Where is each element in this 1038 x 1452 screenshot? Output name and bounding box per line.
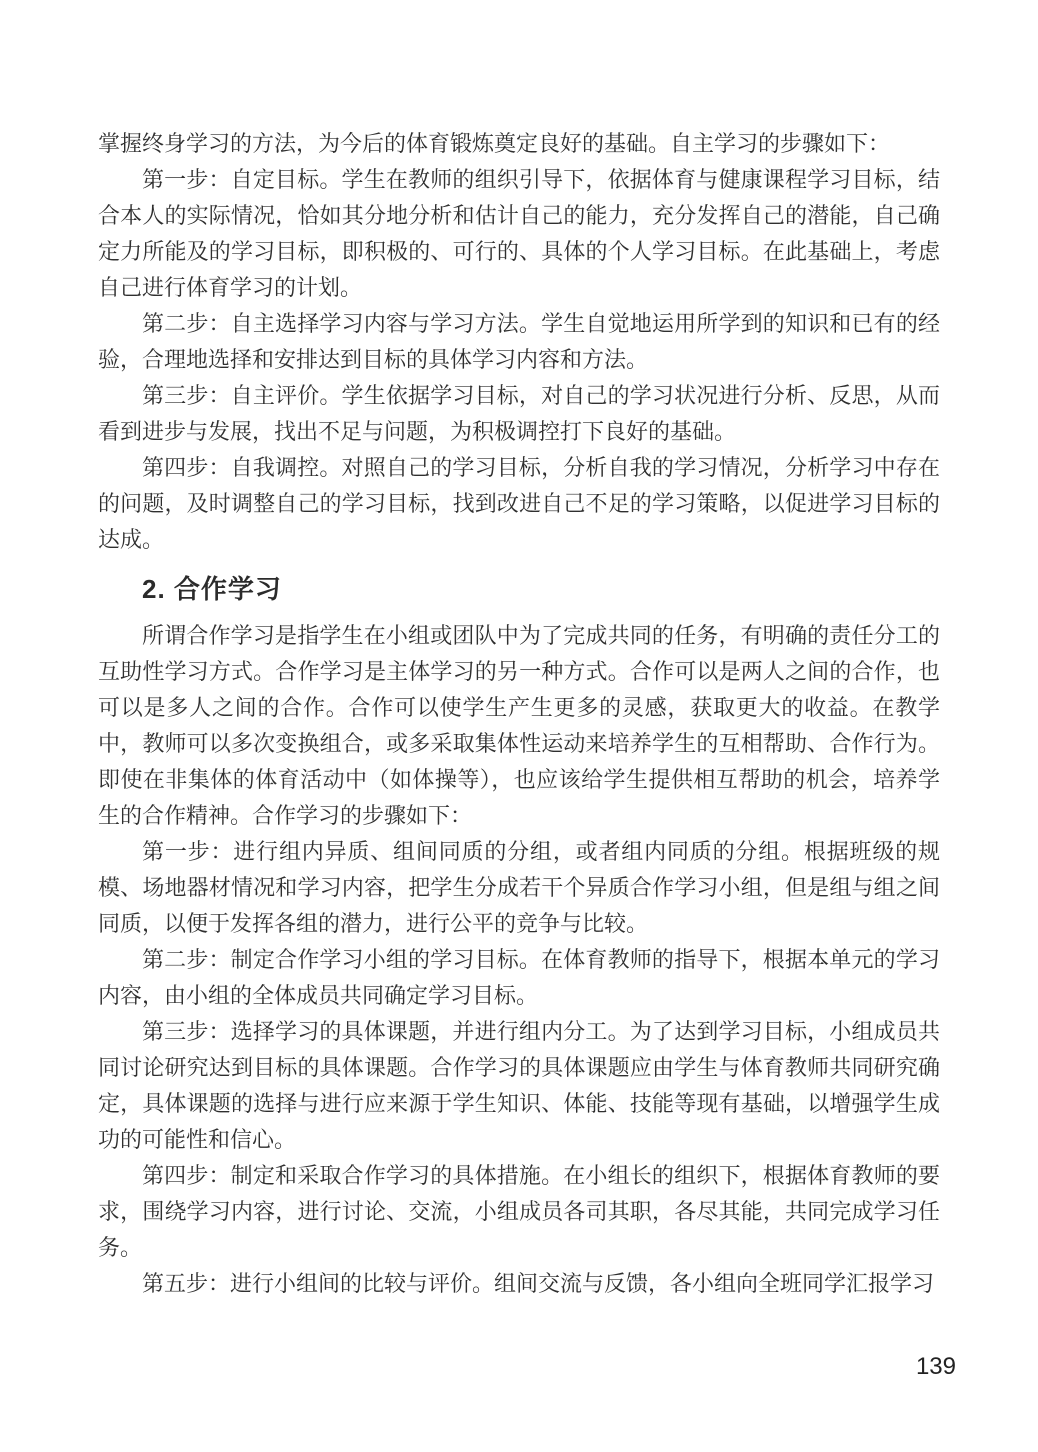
paragraph-coop-step5: 第五步：进行小组间的比较与评价。组间交流与反馈，各小组向全班同学汇报学习 [98, 1266, 940, 1302]
paragraph-cooperative-intro: 所谓合作学习是指学生在小组或团队中为了完成共同的任务，有明确的责任分工的互助性学… [98, 618, 940, 834]
section-heading-cooperative-learning: 2. 合作学习 [98, 572, 940, 606]
paragraph-coop-step1: 第一步：进行组内异质、组间同质的分组，或者组内同质的分组。根据班级的规模、场地器… [98, 834, 940, 942]
page-number: 139 [916, 1352, 956, 1382]
paragraph-coop-step2: 第二步：制定合作学习小组的学习目标。在体育教师的指导下，根据本单元的学习内容，由… [98, 942, 940, 1014]
text-body: 掌握终身学习的方法，为今后的体育锻炼奠定良好的基础。自主学习的步骤如下： 第一步… [98, 126, 940, 1302]
paragraph-coop-step4: 第四步：制定和采取合作学习的具体措施。在小组长的组织下，根据体育教师的要求，围绕… [98, 1158, 940, 1266]
paragraph-selflearn-step1: 第一步：自定目标。学生在教师的组织引导下，依据体育与健康课程学习目标，结合本人的… [98, 162, 940, 306]
paragraph-continuation: 掌握终身学习的方法，为今后的体育锻炼奠定良好的基础。自主学习的步骤如下： [98, 126, 940, 162]
document-page: 掌握终身学习的方法，为今后的体育锻炼奠定良好的基础。自主学习的步骤如下： 第一步… [0, 0, 1038, 1452]
paragraph-selflearn-step3: 第三步：自主评价。学生依据学习目标，对自己的学习状况进行分析、反思，从而看到进步… [98, 378, 940, 450]
paragraph-selflearn-step2: 第二步：自主选择学习内容与学习方法。学生自觉地运用所学到的知识和已有的经验，合理… [98, 306, 940, 378]
paragraph-coop-step3: 第三步：选择学习的具体课题，并进行组内分工。为了达到学习目标，小组成员共同讨论研… [98, 1014, 940, 1158]
paragraph-selflearn-step4: 第四步：自我调控。对照自己的学习目标，分析自我的学习情况，分析学习中存在的问题，… [98, 450, 940, 558]
